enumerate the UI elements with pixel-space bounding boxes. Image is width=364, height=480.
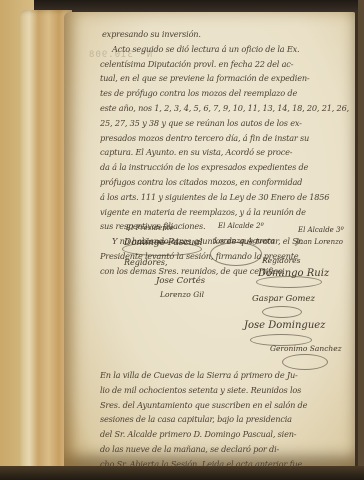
text-line: Sres. del Ayuntamiento que suscriben en … <box>100 398 350 413</box>
signature-regidor: Jose Dominguez <box>244 320 325 331</box>
signature-flourish <box>210 242 262 266</box>
text-line: á los arts. 111 y siguientes de la Ley d… <box>100 190 350 205</box>
signature-alcalde2-title: El Alcalde 2º <box>218 222 264 230</box>
text-line: del Sr. Alcalde primero D. Domingo Pascu… <box>100 427 350 442</box>
signature-regidor: Gaspar Gomez <box>252 294 315 304</box>
minutes-block-2: En la villa de Cuevas de la Sierra á pri… <box>100 368 350 472</box>
text-line: do las nueve de la mañana, se declaró po… <box>100 442 350 457</box>
text-line: cho Sr. Abierta la Sesión. Leida el acta… <box>100 457 350 472</box>
text-line: presados mozos dentro tercero día, á fin… <box>100 131 350 146</box>
right-binding-strip <box>358 0 364 480</box>
text-line: da á la instrucción de los expresados ex… <box>100 160 350 175</box>
signature-alcalde3-title: El Alcalde 3º <box>298 226 344 234</box>
signature-flourish <box>256 276 322 288</box>
signature-regidor: Geronimo Sanchez <box>270 344 342 353</box>
signature-flourish <box>262 306 302 318</box>
text-line: vigente en materia de reemplazos, y á la… <box>100 205 350 220</box>
text-line: prófugos contra los citados mozos, en co… <box>100 175 350 190</box>
signature-presidente-title: El Presidente <box>126 224 174 232</box>
text-line: captura. El Ayunto. en su vista, Acordó … <box>100 145 350 160</box>
text-line: expresando su inversión. <box>100 27 350 42</box>
text-line: tual, en el que se previene la formación… <box>100 71 350 86</box>
signature-regidor: Lorenzo Gil <box>160 290 204 299</box>
text-line: tes de prófugo contra los mozos del reem… <box>100 86 350 101</box>
signature-alcalde3: Juan Lorenzo <box>296 238 343 246</box>
signature-flourish <box>122 242 202 256</box>
text-line: En la villa de Cuevas de la Sierra á pri… <box>100 368 350 383</box>
text-line: este año, nos 1, 2, 3, 4, 5, 6, 7, 9, 10… <box>100 101 350 116</box>
text-line: 25, 27, 35 y 38 y que se reúnan los auto… <box>100 116 350 131</box>
text-line: lio de mil ochocientos setenta y siete. … <box>100 383 350 398</box>
text-line: celentísima Diputación provl. en fecha 2… <box>100 57 350 72</box>
signature-regidor: Jose Cortés <box>156 276 205 286</box>
text-line: Acto seguido se dió lectura á un oficio … <box>100 42 350 57</box>
regidores-label-right: Regidores <box>262 256 300 265</box>
regidores-label: Regidores, <box>124 258 168 267</box>
text-line: sesiones de la casa capitular, bajo la p… <box>100 412 350 427</box>
document-photo: Nº 310.908 expresando su inversión. Acto… <box>0 0 364 480</box>
